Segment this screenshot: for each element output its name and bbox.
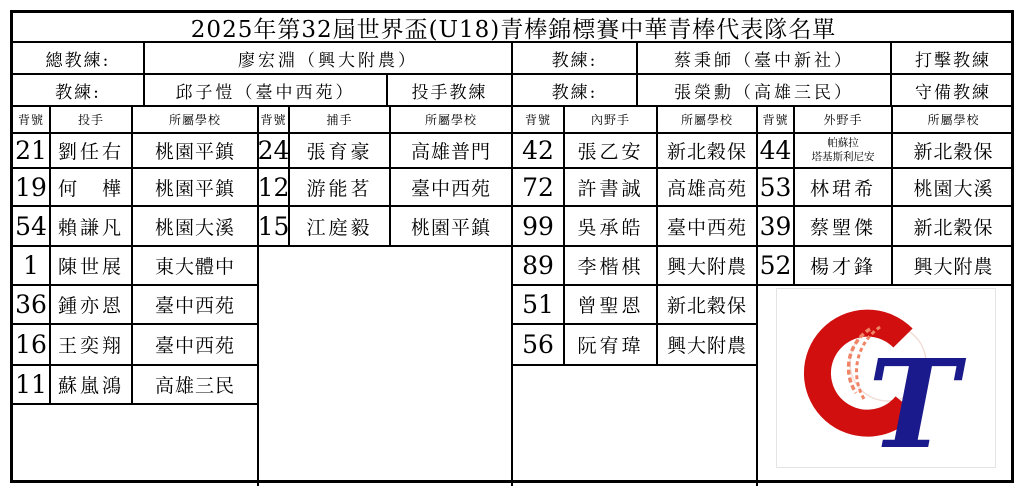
player-name: 賴謙凡 bbox=[51, 207, 133, 245]
jersey-number: 16 bbox=[13, 325, 51, 364]
player-name: 吳承皓 bbox=[565, 207, 658, 245]
column-header-school: 所屬學校 bbox=[391, 107, 513, 132]
jersey-number: 44 bbox=[758, 134, 795, 167]
coach-row-2: 教練: 邱子愷（臺中西苑） 投手教練 教練: 張榮勳（高雄三民） 守備教練 bbox=[13, 75, 1014, 107]
player-name-line1: 帕蘇拉 bbox=[827, 137, 859, 150]
player-school: 臺中西苑 bbox=[391, 169, 513, 205]
player-row: 36 鍾亦恩 臺中西苑 bbox=[13, 286, 259, 325]
empty-cell bbox=[259, 247, 513, 486]
jersey-number: 21 bbox=[13, 134, 51, 167]
player-school: 臺中西苑 bbox=[658, 207, 758, 245]
infielders-section: 背號 內野手 所屬學校 42 張乙安 新北穀保 72 許書誠 高雄高苑 99 吳… bbox=[513, 107, 758, 486]
player-school: 新北穀保 bbox=[893, 207, 1014, 245]
page-title: 2025年第32屆世界盃(U18)青棒錦標賽中華青棒代表隊名單 bbox=[13, 13, 1014, 43]
ct-baseball-logo-icon: T bbox=[786, 297, 986, 459]
coach3-name: 張榮勳（高雄三民） bbox=[638, 75, 892, 107]
jersey-number: 1 bbox=[13, 247, 51, 284]
outfielders-header-row: 背號 外野手 所屬學校 bbox=[758, 107, 1014, 134]
column-header-school: 所屬學校 bbox=[893, 107, 1014, 132]
player-row: 72 許書誠 高雄高苑 bbox=[513, 169, 758, 207]
player-row: 51 曾聖恩 新北穀保 bbox=[513, 286, 758, 325]
jersey-number: 36 bbox=[13, 286, 51, 323]
jersey-number: 72 bbox=[513, 169, 565, 205]
column-header-pitcher: 投手 bbox=[51, 107, 133, 132]
outfielders-section: 背號 外野手 所屬學校 44 帕蘇拉 塔基斯利尼安 新北穀保 53 林珺希 桃園… bbox=[758, 107, 1014, 486]
player-name: 阮宥瑋 bbox=[565, 325, 658, 364]
player-school: 桃園大溪 bbox=[133, 207, 259, 245]
column-header-infielder: 內野手 bbox=[565, 107, 658, 132]
player-name: 蘇嵐鴻 bbox=[51, 366, 133, 403]
player-school: 桃園平鎮 bbox=[133, 169, 259, 205]
player-row: 39 蔡朢傑 新北穀保 bbox=[758, 207, 1014, 247]
jersey-number: 51 bbox=[513, 286, 565, 323]
jersey-number: 52 bbox=[758, 247, 795, 284]
player-school: 興大附農 bbox=[658, 325, 758, 364]
player-name: 許書誠 bbox=[565, 169, 658, 205]
player-school: 桃園平鎮 bbox=[133, 134, 259, 167]
coach2-role: 投手教練 bbox=[388, 75, 513, 107]
jersey-number: 39 bbox=[758, 207, 795, 245]
player-name: 陳世展 bbox=[51, 247, 133, 284]
jersey-number: 56 bbox=[513, 325, 565, 364]
player-name: 何 樺 bbox=[51, 169, 133, 205]
jersey-number: 19 bbox=[13, 169, 51, 205]
player-row: 53 林珺希 桃園大溪 bbox=[758, 169, 1014, 207]
player-row: 89 李楷棋 興大附農 bbox=[513, 247, 758, 286]
player-row: 44 帕蘇拉 塔基斯利尼安 新北穀保 bbox=[758, 134, 1014, 169]
coach2-label: 教練: bbox=[13, 75, 145, 107]
player-row: 52 楊才鋒 興大附農 bbox=[758, 247, 1014, 286]
player-row: 99 吳承皓 臺中西苑 bbox=[513, 207, 758, 247]
roster-table: 2025年第32屆世界盃(U18)青棒錦標賽中華青棒代表隊名單 總教練: 廖宏淵… bbox=[10, 10, 1014, 483]
player-name: 游能茗 bbox=[290, 169, 391, 205]
column-header-outfielder: 外野手 bbox=[795, 107, 893, 132]
player-school: 桃園平鎮 bbox=[391, 207, 513, 245]
player-school: 臺中西苑 bbox=[133, 286, 259, 323]
team-logo-box: T bbox=[776, 288, 996, 468]
player-school: 新北穀保 bbox=[893, 134, 1014, 167]
column-header-number: 背號 bbox=[13, 107, 51, 132]
player-school: 桃園大溪 bbox=[893, 169, 1014, 205]
player-row: 42 張乙安 新北穀保 bbox=[513, 134, 758, 169]
jersey-number: 11 bbox=[13, 366, 51, 403]
coach-row-1: 總教練: 廖宏淵（興大附農） 教練: 蔡秉師（臺中新社） 打擊教練 bbox=[13, 43, 1014, 75]
player-row: 24 張育豪 高雄普門 bbox=[259, 134, 513, 169]
player-row: 12 游能茗 臺中西苑 bbox=[259, 169, 513, 207]
empty-cell bbox=[13, 405, 259, 486]
player-name: 曾聖恩 bbox=[565, 286, 658, 323]
jersey-number: 12 bbox=[259, 169, 290, 205]
roster-page: 2025年第32屆世界盃(U18)青棒錦標賽中華青棒代表隊名單 總教練: 廖宏淵… bbox=[0, 0, 1024, 487]
player-school: 新北穀保 bbox=[658, 286, 758, 323]
player-name: 李楷棋 bbox=[565, 247, 658, 284]
logo-cell: T bbox=[758, 286, 1014, 486]
player-school: 高雄三民 bbox=[133, 366, 259, 403]
jersey-number: 54 bbox=[13, 207, 51, 245]
player-school: 新北穀保 bbox=[658, 134, 758, 167]
jersey-number: 15 bbox=[259, 207, 290, 245]
jersey-number: 99 bbox=[513, 207, 565, 245]
player-row: 56 阮宥瑋 興大附農 bbox=[513, 325, 758, 366]
player-school: 高雄普門 bbox=[391, 134, 513, 167]
coach3-role: 守備教練 bbox=[892, 75, 1014, 107]
player-name: 張育豪 bbox=[290, 134, 391, 167]
catchers-section: 背號 捕手 所屬學校 24 張育豪 高雄普門 12 游能茗 臺中西苑 15 江庭… bbox=[259, 107, 513, 486]
jersey-number: 89 bbox=[513, 247, 565, 284]
player-school: 興大附農 bbox=[893, 247, 1014, 284]
player-school: 東大體中 bbox=[133, 247, 259, 284]
column-header-number: 背號 bbox=[259, 107, 290, 132]
player-row: 54 賴謙凡 桃園大溪 bbox=[13, 207, 259, 247]
player-row: 16 王奕翔 臺中西苑 bbox=[13, 325, 259, 366]
coach2-name: 邱子愷（臺中西苑） bbox=[145, 75, 388, 107]
catchers-header-row: 背號 捕手 所屬學校 bbox=[259, 107, 513, 134]
empty-cell bbox=[513, 366, 758, 486]
jersey-number: 42 bbox=[513, 134, 565, 167]
column-header-school: 所屬學校 bbox=[658, 107, 758, 132]
pitchers-header-row: 背號 投手 所屬學校 bbox=[13, 107, 259, 134]
coach1-name: 蔡秉師（臺中新社） bbox=[638, 43, 892, 75]
pitchers-section: 背號 投手 所屬學校 21 劉任右 桃園平鎮 19 何 樺 桃園平鎮 54 賴謙… bbox=[13, 107, 259, 486]
head-coach-label: 總教練: bbox=[13, 43, 145, 75]
column-header-number: 背號 bbox=[758, 107, 795, 132]
player-row: 15 江庭毅 桃園平鎮 bbox=[259, 207, 513, 247]
infielders-header-row: 背號 內野手 所屬學校 bbox=[513, 107, 758, 134]
player-name: 帕蘇拉 塔基斯利尼安 bbox=[795, 134, 893, 167]
player-school: 興大附農 bbox=[658, 247, 758, 284]
jersey-number: 24 bbox=[259, 134, 290, 167]
player-name: 張乙安 bbox=[565, 134, 658, 167]
player-name: 林珺希 bbox=[795, 169, 893, 205]
jersey-number: 53 bbox=[758, 169, 795, 205]
player-name: 劉任右 bbox=[51, 134, 133, 167]
player-name: 江庭毅 bbox=[290, 207, 391, 245]
column-header-catcher: 捕手 bbox=[290, 107, 391, 132]
column-header-number: 背號 bbox=[513, 107, 565, 132]
player-row: 21 劉任右 桃園平鎮 bbox=[13, 134, 259, 169]
player-name: 鍾亦恩 bbox=[51, 286, 133, 323]
player-school: 高雄高苑 bbox=[658, 169, 758, 205]
player-name: 楊才鋒 bbox=[795, 247, 893, 284]
player-row: 1 陳世展 東大體中 bbox=[13, 247, 259, 286]
head-coach-name: 廖宏淵（興大附農） bbox=[145, 43, 513, 75]
coach1-role: 打擊教練 bbox=[892, 43, 1014, 75]
player-row: 19 何 樺 桃園平鎮 bbox=[13, 169, 259, 207]
coach3-label: 教練: bbox=[513, 75, 638, 107]
player-school: 臺中西苑 bbox=[133, 325, 259, 364]
player-name: 蔡朢傑 bbox=[795, 207, 893, 245]
player-row: 11 蘇嵐鴻 高雄三民 bbox=[13, 366, 259, 405]
column-header-school: 所屬學校 bbox=[133, 107, 259, 132]
coach1-label: 教練: bbox=[513, 43, 638, 75]
svg-text:T: T bbox=[868, 332, 967, 459]
player-name: 王奕翔 bbox=[51, 325, 133, 364]
player-name-line2: 塔基斯利尼安 bbox=[812, 151, 875, 164]
